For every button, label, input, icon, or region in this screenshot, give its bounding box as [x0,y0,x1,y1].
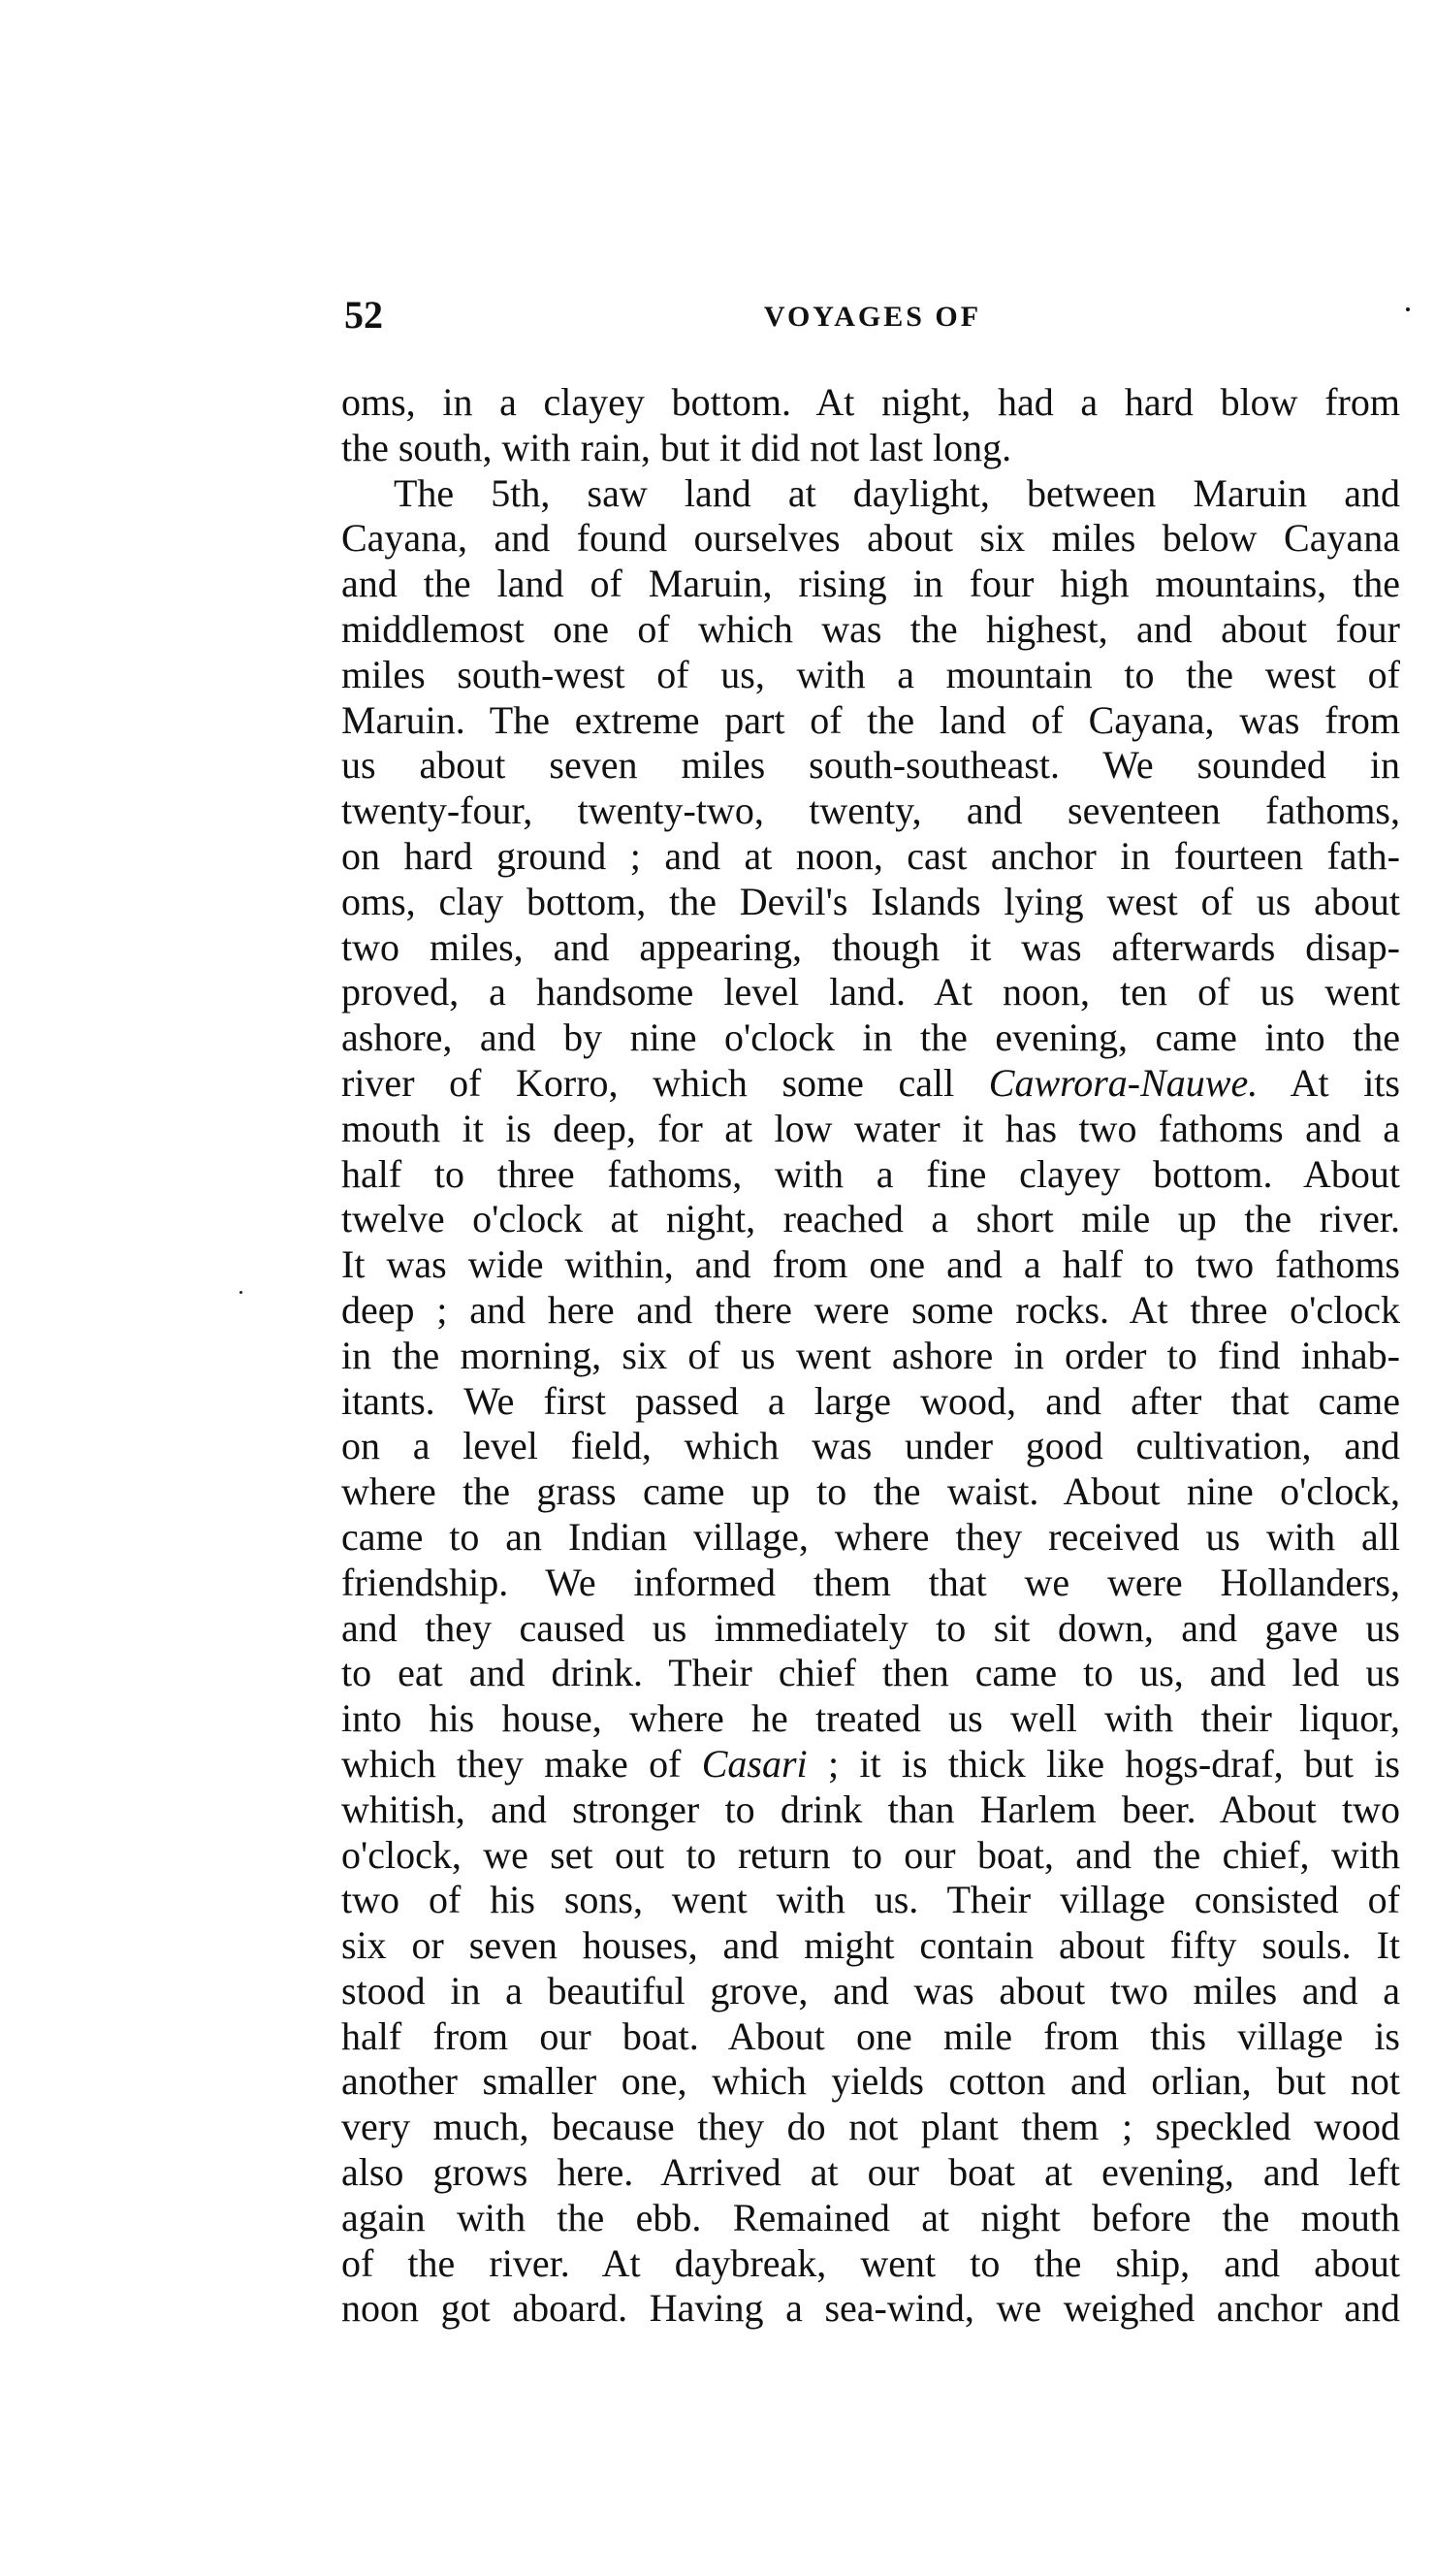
text-line: stood in a beautiful grove, and was abou… [341,1969,1400,2014]
text-line: middlemost one of which was the highest,… [341,607,1400,653]
text-line: again with the ebb. Remained at night be… [341,2196,1400,2241]
text-line: where the grass came up to the waist. Ab… [341,1469,1400,1515]
text-line: to eat and drink. Their chief then came … [341,1651,1400,1696]
print-speck [1406,307,1410,311]
body-text: oms, in a clayey bottom. At night, had a… [341,380,1400,2332]
text-line: river of Korro, which some call Cawrora-… [341,1061,1400,1107]
text-line: deep ; and here and there were some rock… [341,1288,1400,1334]
text-line: oms, clay bottom, the Devil's Islands ly… [341,880,1400,925]
text-line: o'clock, we set out to return to our boa… [341,1833,1400,1879]
text-line: Cayana, and found ourselves about six mi… [341,516,1400,562]
text-line: which they make of Casari ; it is thick … [341,1742,1400,1787]
text-line: us about seven miles south-southeast. We… [341,743,1400,789]
page-header: 52 VOYAGES OF [344,291,1401,339]
text-line: also grows here. Arrived at our boat at … [341,2150,1400,2196]
text-line: into his house, where he treated us well… [341,1696,1400,1742]
text-line: proved, a handsome level land. At noon, … [341,970,1400,1015]
text-line: came to an Indian village, where they re… [341,1515,1400,1561]
text-line: and they caused us immediately to sit do… [341,1606,1400,1652]
text-line: itants. We first passed a large wood, an… [341,1379,1400,1425]
text-line: on a level field, which was under good c… [341,1424,1400,1469]
print-speck [239,1291,242,1294]
text-line: another smaller one, which yields cotton… [341,2059,1400,2105]
text-line: ashore, and by nine o'clock in the eveni… [341,1015,1400,1061]
text-line: on hard ground ; and at noon, cast ancho… [341,834,1400,880]
text-line: half from our boat. About one mile from … [341,2014,1400,2060]
text-line: twelve o'clock at night, reached a short… [341,1197,1400,1242]
running-title: VOYAGES OF [344,295,1401,339]
text-line: oms, in a clayey bottom. At night, had a… [341,380,1400,426]
text-line: friendship. We informed them that we wer… [341,1561,1400,1606]
text-line: the south, with rain, but it did not las… [341,426,1400,471]
text-line: and the land of Maruin, rising in four h… [341,562,1400,607]
text-line: Maruin. The extreme part of the land of … [341,698,1400,744]
italic-term: Cawrora-Nauwe. [989,1061,1258,1105]
text-line: twenty-four, twenty-two, twenty, and sev… [341,789,1400,834]
text-line: two of his sons, went with us. Their vil… [341,1878,1400,1923]
text-line: noon got aboard. Having a sea-wind, we w… [341,2286,1400,2332]
italic-term: Casari [702,1742,808,1786]
text-line: whitish, and stronger to drink than Harl… [341,1787,1400,1833]
text-line: The 5th, saw land at daylight, between M… [341,471,1400,517]
text-line: six or seven houses, and might contain a… [341,1923,1400,1969]
text-line: two miles, and appearing, though it was … [341,925,1400,971]
text-line: very much, because they do not plant the… [341,2105,1400,2150]
text-line: It was wide within, and from one and a h… [341,1242,1400,1288]
text-line: mouth it is deep, for at low water it ha… [341,1107,1400,1152]
text-line: half to three fathoms, with a fine claye… [341,1152,1400,1198]
text-line: of the river. At daybreak, went to the s… [341,2241,1400,2287]
text-line: in the morning, six of us went ashore in… [341,1334,1400,1379]
text-line: miles south-west of us, with a mountain … [341,653,1400,698]
